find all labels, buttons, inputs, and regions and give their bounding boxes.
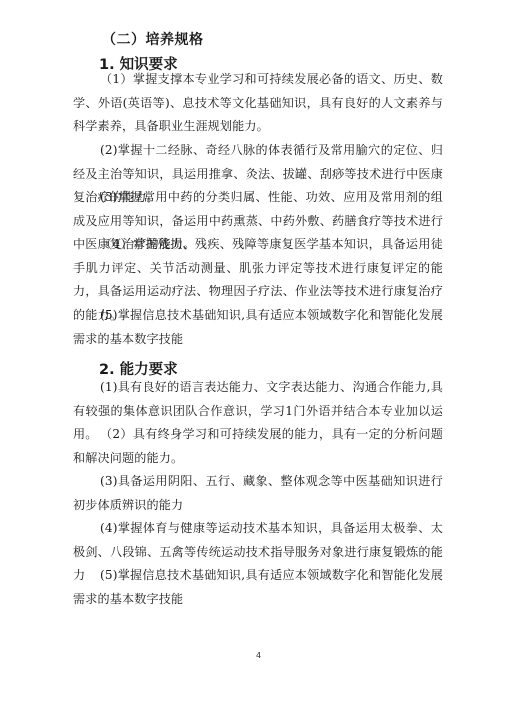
ability-item-2: （2）具有终身学习和可持续发展的能力，具有一定的分析问题和解决问题的能力。 bbox=[73, 423, 443, 470]
ability-item-3: (3)具备运用阴阳、五行、藏象、整体观念等中医基础知识进行初步体质辨识的能力 bbox=[73, 470, 443, 517]
ability-item-5: (5)掌握信息技术基础知识,具有适应本领域数字化和智能化发展需求的基本数字技能 bbox=[73, 564, 443, 611]
page-number: 4 bbox=[256, 651, 261, 660]
section-heading: （二）培养规格 bbox=[102, 29, 204, 49]
knowledge-item-5: (5)掌握信息技术基础知识,具有适应本领域数字化和智能化发展需求的基本数字技能 bbox=[73, 304, 443, 351]
knowledge-item-1: （1）掌握支撑本专业学习和可持续发展必备的语文、历史、数学、外语(英语等)、息技… bbox=[73, 68, 443, 139]
